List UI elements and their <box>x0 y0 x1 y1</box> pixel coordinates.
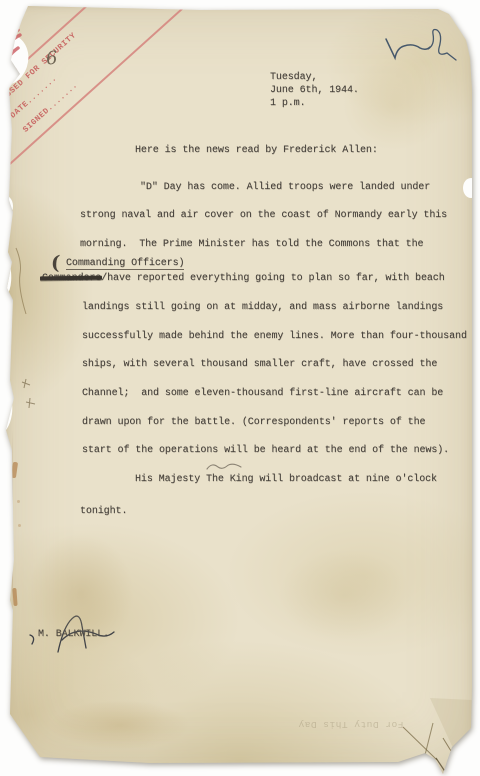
stain <box>20 690 220 760</box>
intro-line: Here is the news read by Frederick Allen… <box>135 145 378 156</box>
struck-word: Commanders <box>42 273 101 284</box>
typed-insertion: Commanding Officers) <box>66 258 184 270</box>
bleed-through-text: For Duty This Day <box>298 719 403 730</box>
body-line: drawn upon for the battle. (Corresponden… <box>82 417 425 428</box>
body-line: successfully made behind the enemy lines… <box>82 331 467 342</box>
stamp-edge-fragment <box>0 16 38 66</box>
body-line: strong naval and air cover on the coast … <box>80 210 447 221</box>
body-line: tonight. <box>80 506 127 517</box>
ink-signature-flourish <box>20 600 140 660</box>
rust-spot <box>12 588 17 606</box>
fold-shade <box>430 698 473 754</box>
pencil-squiggle <box>205 460 245 474</box>
handwritten-date-mark: 6 <box>45 47 59 69</box>
dateline-weekday: Tuesday, <box>270 72 317 83</box>
tear-crack-marks <box>10 376 50 436</box>
torn-edge-nick <box>463 178 479 198</box>
dateline-date: June 6th, 1944. <box>270 85 359 96</box>
dateline-time: 1 p.m. <box>270 98 306 109</box>
body-line: His Majesty The King will broadcast at n… <box>135 474 437 485</box>
stain <box>250 530 440 660</box>
body-line: "D" Day has come. Allied troops were lan… <box>140 182 430 193</box>
body-line: start of the operations will be heard at… <box>82 445 449 456</box>
body-line: morning. The Prime Minister has told the… <box>80 239 423 250</box>
handwritten-initial-mark <box>382 26 462 66</box>
fold-crease-lines <box>390 684 480 776</box>
body-line: Channel; and some eleven-thousand first-… <box>82 388 443 399</box>
line-continuation: /have reported everything going to plan … <box>101 273 444 284</box>
torn-edge-notch <box>0 194 13 218</box>
rust-spot <box>11 462 18 479</box>
paper-page: PASSED FOR SECURITY DATE....... SIGNED..… <box>0 0 480 776</box>
body-line: ships, with several thousand smaller cra… <box>82 359 437 370</box>
body-line: landings still going on at midday, and m… <box>82 302 443 313</box>
handwritten-open-paren: ( <box>50 252 61 275</box>
body-line-corrected: Commanders/have reported everything goin… <box>42 273 445 284</box>
foxing-dot <box>17 500 20 503</box>
paper-shadow-wrap: PASSED FOR SECURITY DATE....... SIGNED..… <box>0 0 480 776</box>
tear-crack-line <box>6 240 46 320</box>
scanned-news-script: { "scan": { "stamp": { "title": "PASSED … <box>0 0 480 776</box>
foxing-dot <box>18 524 21 527</box>
